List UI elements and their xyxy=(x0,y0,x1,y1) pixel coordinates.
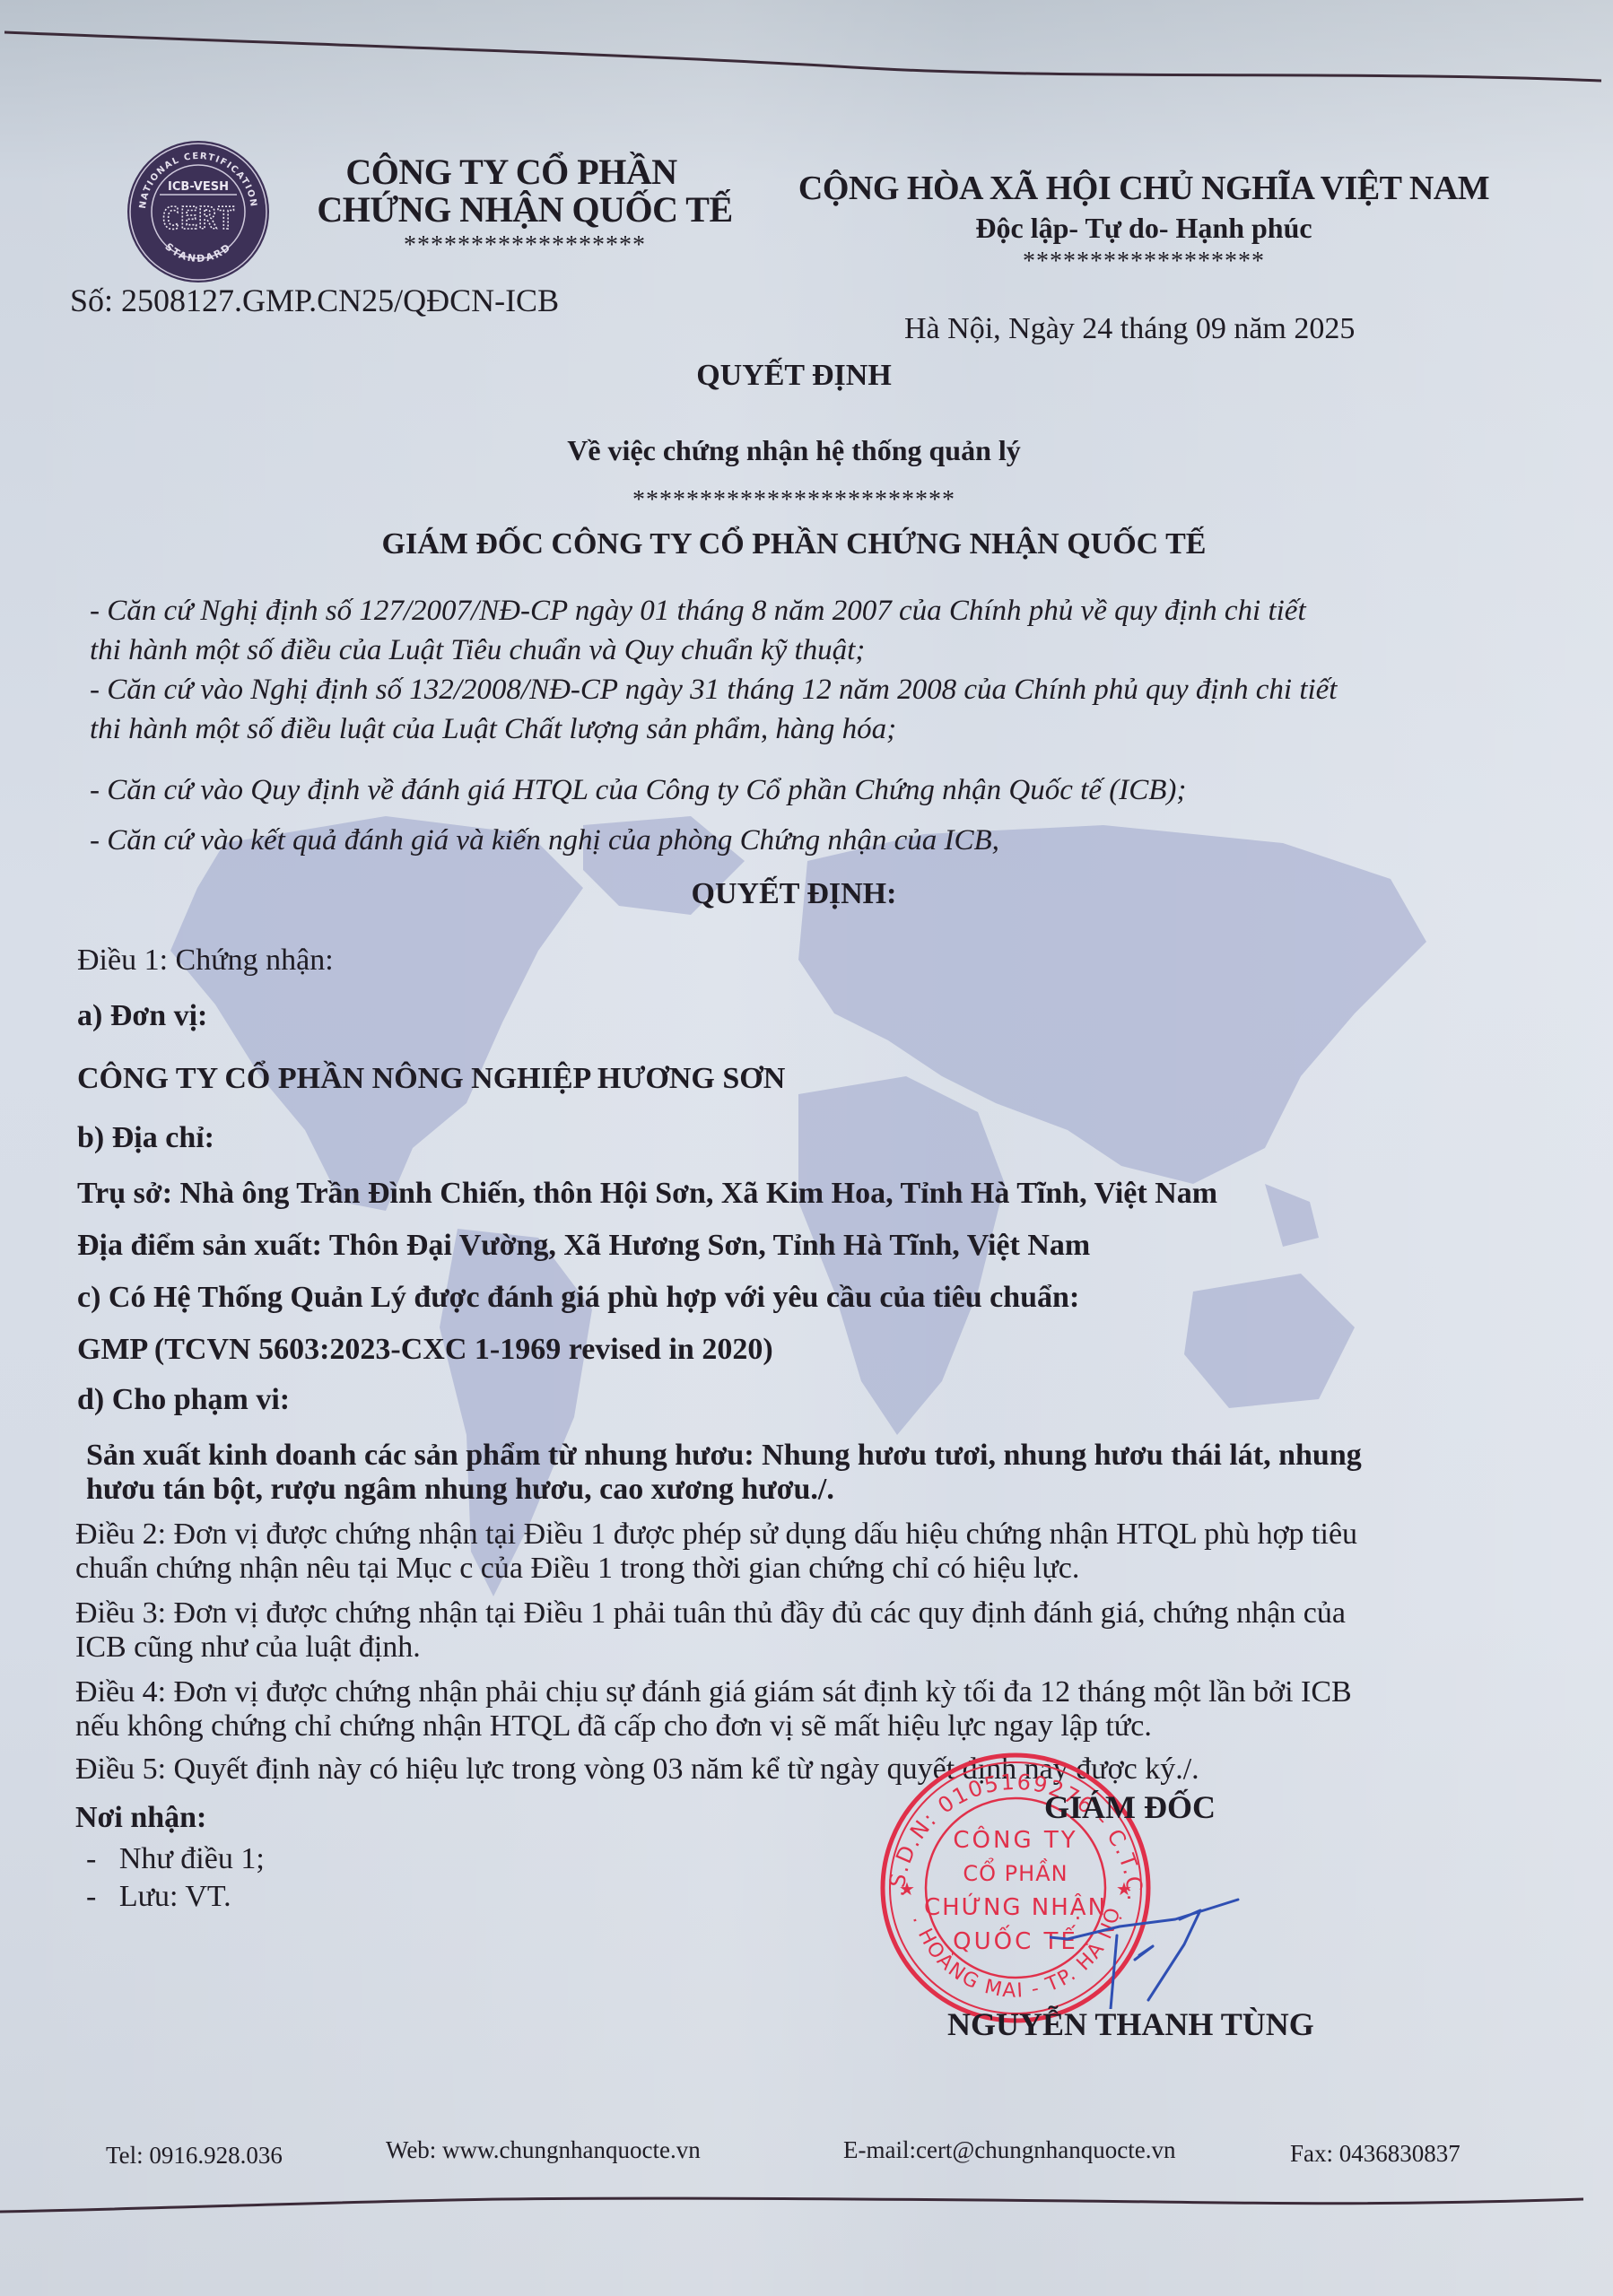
legal-basis-2-line2: thi hành một số điều luật của Luật Chất … xyxy=(90,712,896,746)
recipients-label: Nơi nhận: xyxy=(75,1801,206,1835)
footer-web: Web: www.chungnhanquocte.vn xyxy=(386,2136,701,2164)
icb-cert-logo: INTERNATIONAL CERTIFICATION BODY STANDAR… xyxy=(126,139,271,284)
decision-subject: Về việc chứng nhận hệ thống quản lý xyxy=(0,434,1588,467)
certified-standard: GMP (TCVN 5603:2023-CXC 1-1969 revised i… xyxy=(77,1333,773,1367)
director-signature xyxy=(1050,1874,1265,2009)
article1-b-label: b) Địa chỉ: xyxy=(77,1121,214,1155)
national-stars: ****************** xyxy=(789,248,1498,276)
decision-authority: GIÁM ĐỐC CÔNG TY CỔ PHẦN CHỨNG NHẬN QUỐC… xyxy=(0,527,1588,561)
scope-line2: hươu tán bột, rượu ngâm nhung hươu, cao … xyxy=(86,1473,834,1507)
issuer-company-line2: CHỨNG NHẬN QUỐC TẾ xyxy=(310,190,740,230)
article3-line2: ICB cũng như của luật định. xyxy=(75,1631,421,1665)
article1-d-label: d) Cho phạm vi: xyxy=(77,1383,290,1417)
footer-email: E-mail:cert@chungnhanquocte.vn xyxy=(843,2136,1176,2164)
production-site-address: Địa điểm sản xuất: Thôn Đại Vường, Xã Hư… xyxy=(77,1229,1090,1263)
national-title: CỘNG HÒA XÃ HỘI CHỦ NGHĨA VIỆT NAM xyxy=(789,169,1498,208)
footer-rule xyxy=(0,2179,1613,2224)
document-number: Số: 2508127.GMP.CN25/QĐCN-ICB xyxy=(70,282,559,319)
signatory-title: GIÁM ĐỐC xyxy=(1044,1788,1216,1826)
recipient-item-text: Lưu: VT. xyxy=(119,1880,231,1913)
title-stars: ************************ xyxy=(0,486,1588,515)
article1-label: Điều 1: Chứng nhận: xyxy=(77,944,334,978)
article1-a-label: a) Đơn vị: xyxy=(77,999,207,1033)
svg-text:CERT: CERT xyxy=(161,201,235,237)
decision-title: QUYẾT ĐỊNH xyxy=(0,359,1588,393)
issuer-company-line1: CÔNG TY CỔ PHẦN xyxy=(296,152,727,192)
svg-text:★: ★ xyxy=(899,1878,915,1900)
footer-fax: Fax: 0436830837 xyxy=(1290,2140,1460,2168)
signatory-name: NGUYỄN THANH TÙNG xyxy=(947,2005,1314,2043)
legal-basis-3: - Căn cứ vào Quy định về đánh giá HTQL c… xyxy=(90,773,1186,807)
national-motto: Độc lập- Tự do- Hạnh phúc xyxy=(789,212,1498,245)
article3-line1: Điều 3: Đơn vị được chứng nhận tại Điều … xyxy=(75,1596,1346,1631)
place-and-date: Hà Nội, Ngày 24 tháng 09 năm 2025 xyxy=(904,312,1355,346)
article2-line1: Điều 2: Đơn vị được chứng nhận tại Điều … xyxy=(75,1518,1357,1552)
certified-unit-name: CÔNG TY CỔ PHẦN NÔNG NGHIỆP HƯƠNG SƠN xyxy=(77,1062,785,1096)
recipient-item-text: Như điều 1; xyxy=(119,1842,265,1875)
article1-c-label: c) Có Hệ Thống Quản Lý được đánh giá phù… xyxy=(77,1281,1079,1315)
issuer-stars: ****************** xyxy=(310,231,740,260)
legal-basis-1-line1: - Căn cứ Nghị định số 127/2007/NĐ-CP ngà… xyxy=(90,594,1306,628)
legal-basis-1-line2: thi hành một số điều của Luật Tiêu chuẩn… xyxy=(90,633,865,667)
svg-text:CÔNG TY: CÔNG TY xyxy=(953,1825,1077,1854)
legal-basis-2-line1: - Căn cứ vào Nghị định số 132/2008/NĐ-CP… xyxy=(90,673,1337,707)
scope-line1: Sản xuất kinh doanh các sản phẩm từ nhun… xyxy=(86,1439,1362,1473)
decision-heading: QUYẾT ĐỊNH: xyxy=(0,877,1588,911)
article2-line2: chuẩn chứng nhận nêu tại Mục c của Điều … xyxy=(75,1552,1079,1586)
article4-line2: nếu không chứng chỉ chứng nhận HTQL đã c… xyxy=(75,1709,1152,1744)
legal-basis-4: - Căn cứ vào kết quả đánh giá và kiến ng… xyxy=(90,823,999,857)
recipient-item: - Lưu: VT. xyxy=(86,1880,231,1914)
article4-line1: Điều 4: Đơn vị được chứng nhận phải chịu… xyxy=(75,1675,1352,1709)
footer-tel: Tel: 0916.928.036 xyxy=(106,2142,283,2170)
head-office-address: Trụ sở: Nhà ông Trần Đình Chiến, thôn Hộ… xyxy=(77,1177,1217,1211)
recipient-item: - Như điều 1; xyxy=(86,1842,265,1876)
svg-text:ICB-VESH: ICB-VESH xyxy=(168,180,229,194)
header-rule xyxy=(0,27,1613,90)
